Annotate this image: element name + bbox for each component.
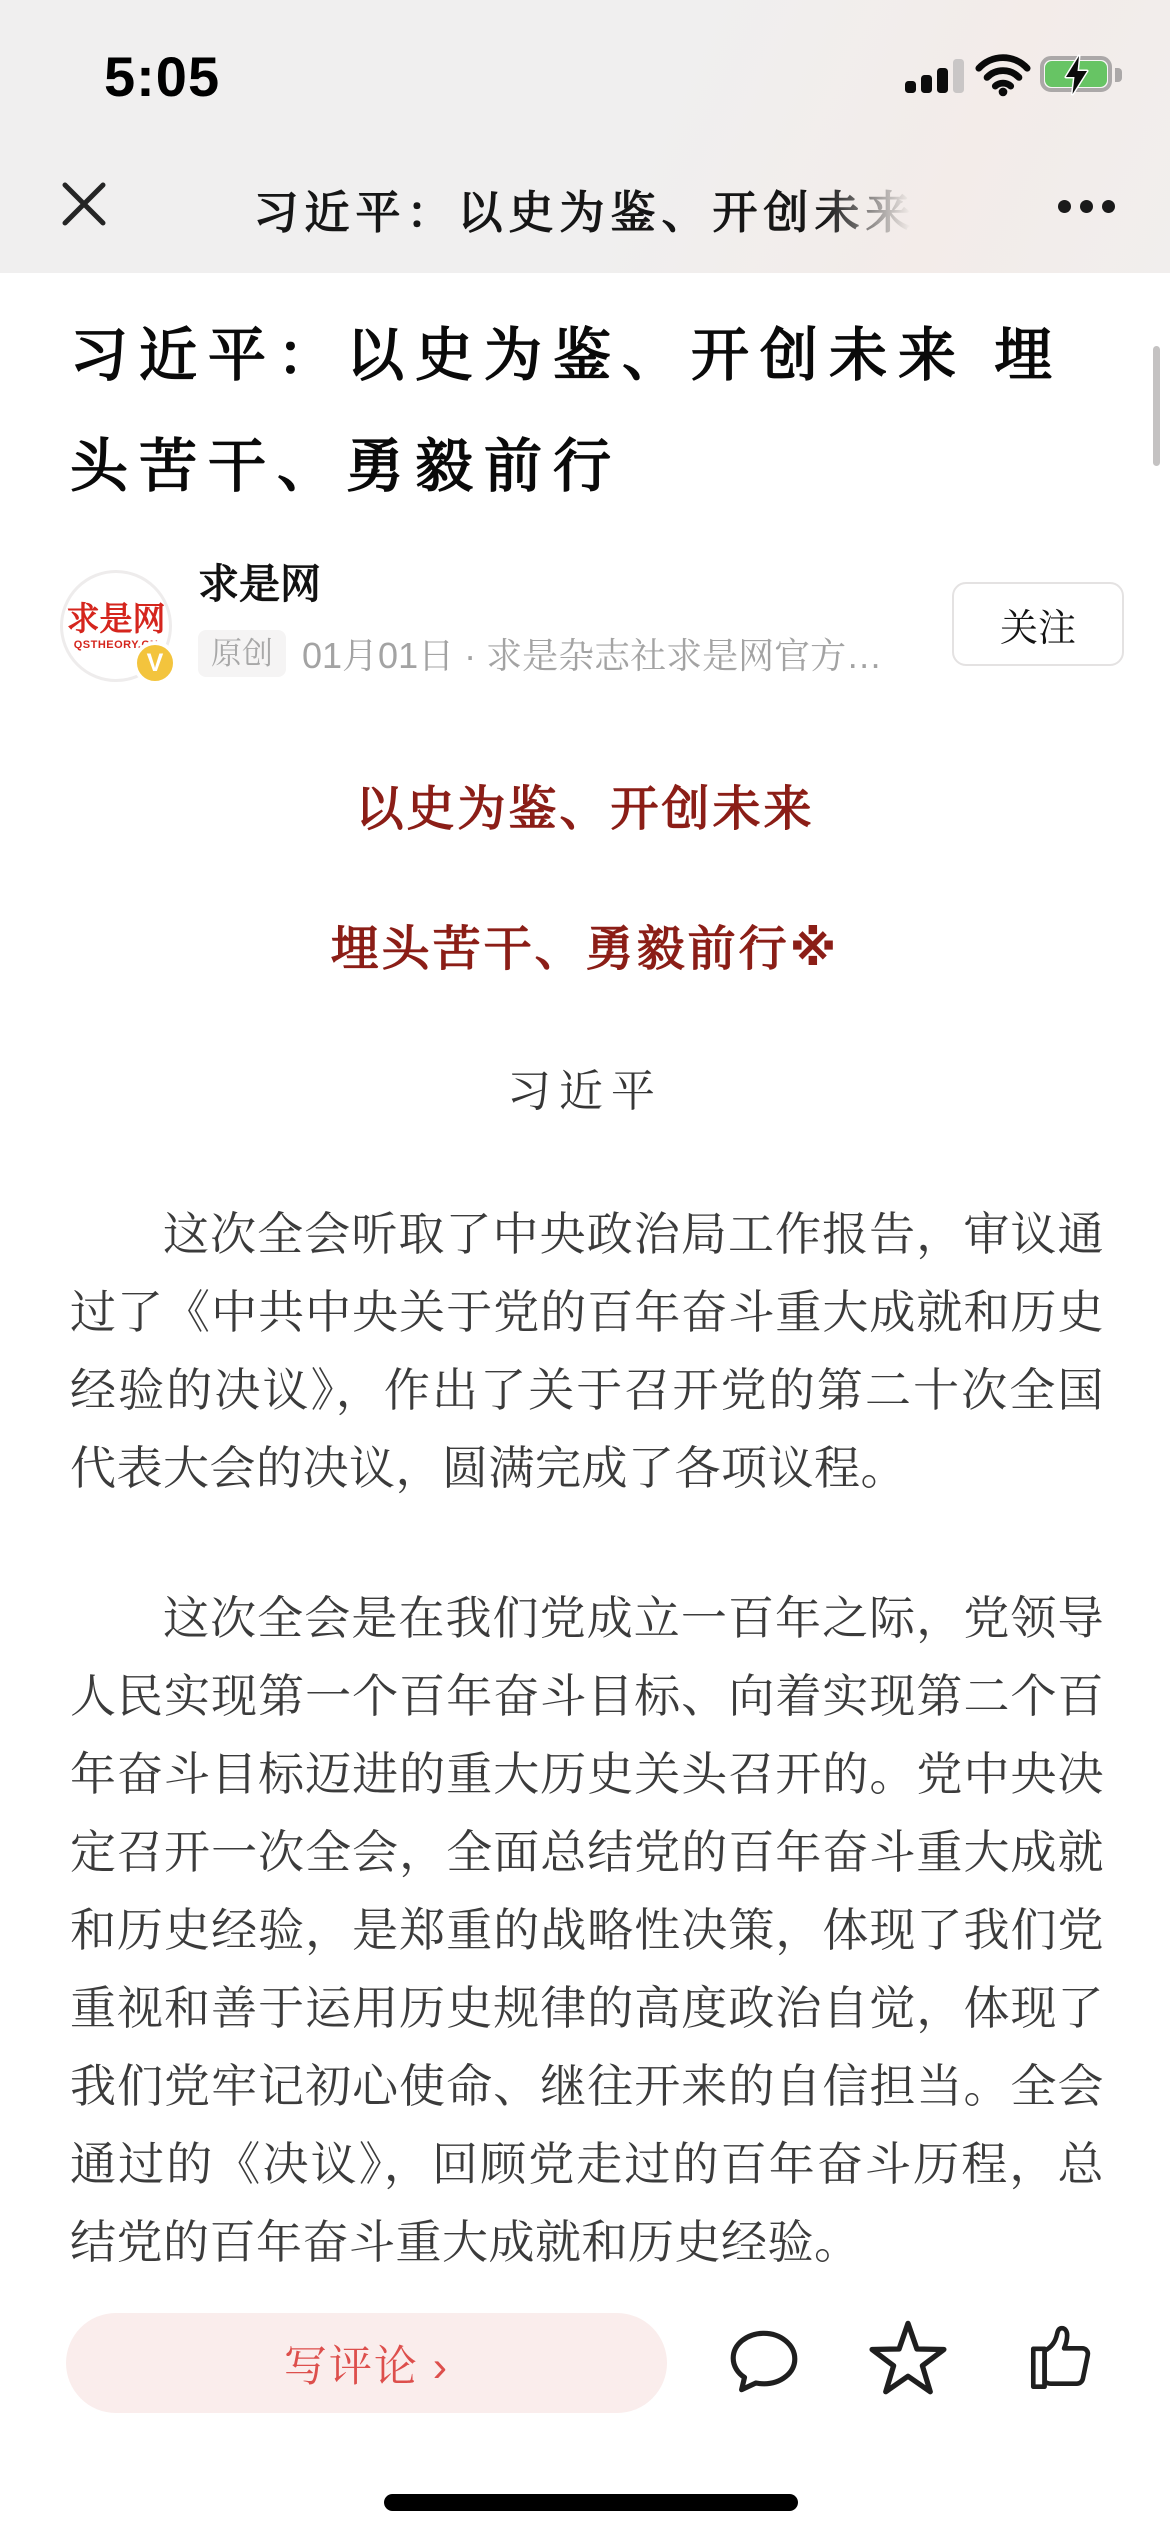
logo-text: 求是网 bbox=[67, 602, 166, 636]
original-badge: 原创 bbox=[198, 630, 286, 677]
verified-badge-icon: V bbox=[133, 641, 177, 685]
bottom-action-bar: 写评论 › bbox=[0, 2295, 1170, 2532]
thumbs-up-icon[interactable] bbox=[1022, 2319, 1100, 2402]
battery-charging-icon bbox=[1040, 56, 1126, 94]
article-byline: 习近平 bbox=[0, 1047, 1170, 1137]
more-menu-icon[interactable] bbox=[1058, 196, 1115, 216]
phone-screen: 5:05 bbox=[0, 0, 1170, 2532]
avatar[interactable]: 求是网 QSTHEORY.CN V bbox=[60, 570, 172, 682]
follow-button[interactable]: 关注 bbox=[952, 582, 1124, 666]
article-paragraph: 这次全会是在我们党成立一百年之际，党领导人民实现第一个百年奋斗目标、向着实现第二… bbox=[70, 1579, 1104, 2281]
nav-title: 习近平：以史为鉴、开创未来 bbox=[0, 176, 1170, 241]
comment-bubble-icon[interactable] bbox=[725, 2322, 803, 2405]
write-comment-input[interactable]: 写评论 › bbox=[66, 2313, 667, 2413]
page-scrollbar[interactable] bbox=[1153, 346, 1160, 466]
lightning-bolt-icon bbox=[1061, 54, 1091, 101]
article-heading-1: 以史为鉴、开创未来 bbox=[0, 765, 1170, 855]
article-meta: 01月01日 · 求是杂志社求是网官方… bbox=[302, 628, 882, 679]
article-heading-2: 埋头苦干、勇毅前行※ bbox=[0, 905, 1170, 995]
author-name[interactable]: 求是网 bbox=[198, 556, 321, 612]
wifi-icon bbox=[974, 53, 1032, 102]
article-meta-row: 原创 01月01日 · 求是杂志社求是网官方… bbox=[198, 628, 882, 679]
article-title: 习近平：以史为鉴、开创未来 埋头苦干、勇毅前行 bbox=[70, 300, 1104, 522]
star-favorite-icon[interactable] bbox=[866, 2316, 950, 2405]
home-indicator[interactable] bbox=[384, 2494, 798, 2511]
top-chrome: 5:05 bbox=[0, 0, 1170, 273]
cellular-signal-icon bbox=[905, 57, 964, 93]
article-paragraph: 这次全会听取了中央政治局工作报告，审议通过了《中共中央关于党的百年奋斗重大成就和… bbox=[70, 1195, 1104, 1507]
status-time: 5:05 bbox=[104, 44, 220, 109]
